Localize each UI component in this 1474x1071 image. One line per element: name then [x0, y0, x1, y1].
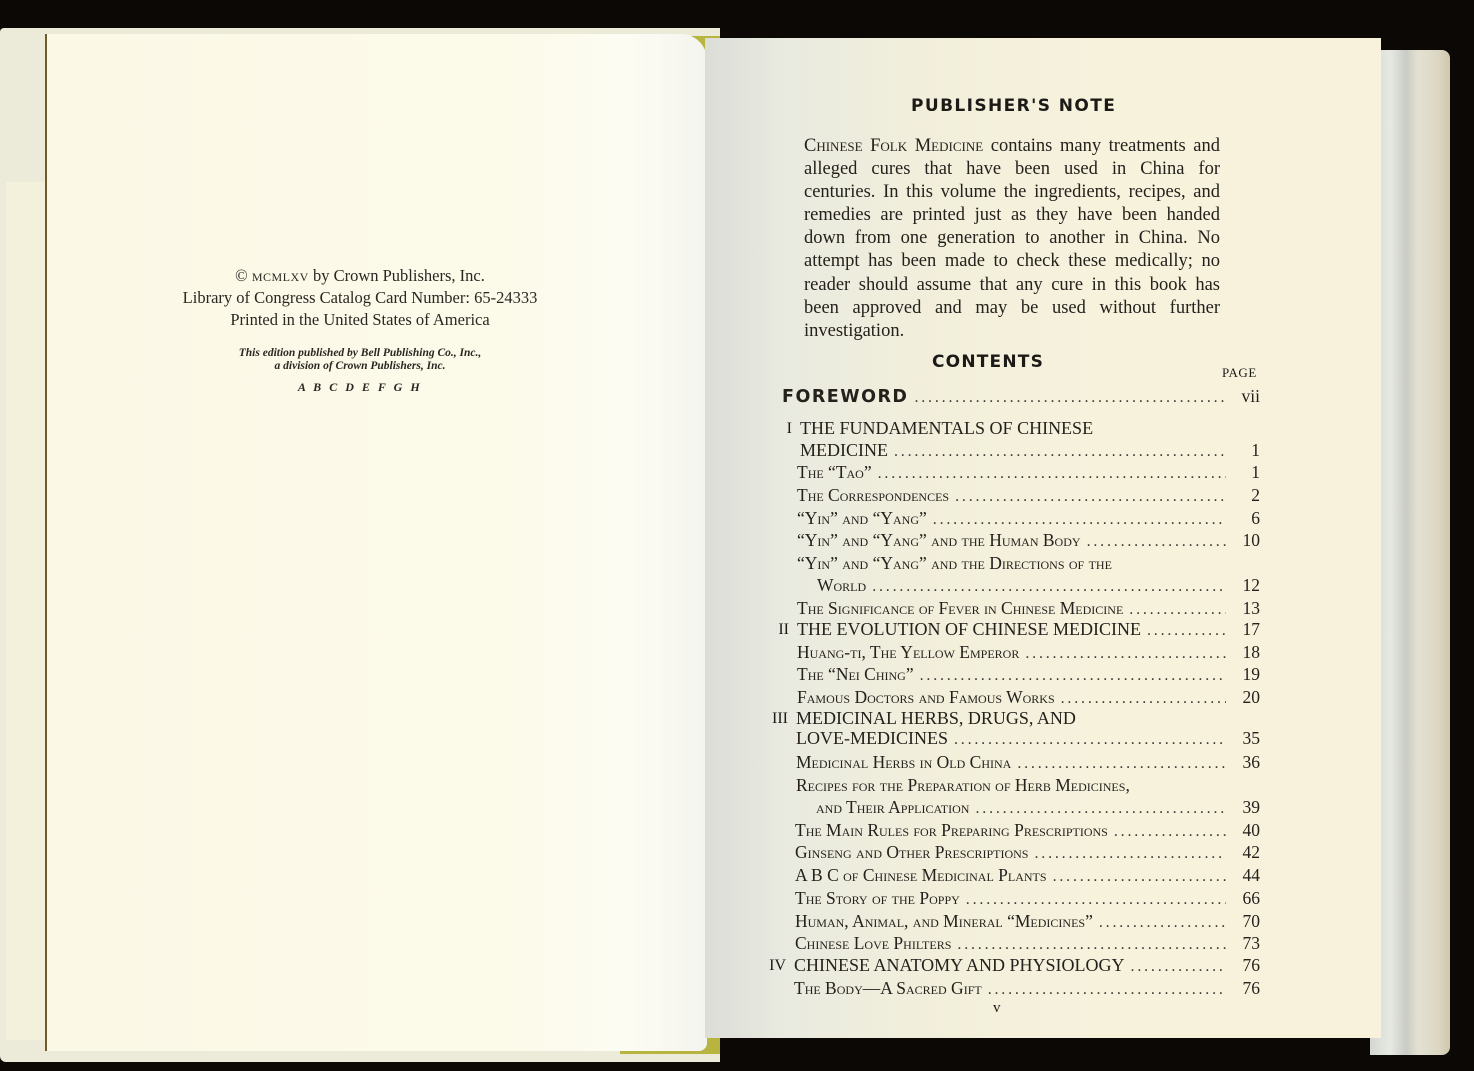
toc-title[interactable]: THE FUNDAMENTALS OF CHINESE — [800, 418, 1093, 439]
toc-title: MEDICINE — [800, 440, 888, 461]
leader-dots — [1147, 622, 1226, 640]
toc-page: 10 — [1232, 530, 1260, 551]
edition-note: This edition published by Bell Publishin… — [140, 347, 580, 372]
toc-title: THE EVOLUTION OF CHINESE MEDICINE — [797, 619, 1141, 640]
toc-page: 18 — [1232, 642, 1260, 663]
leader-dots — [955, 488, 1226, 506]
toc-page: 1 — [1232, 440, 1260, 461]
toc-page: 1 — [1232, 462, 1260, 483]
toc-page: 70 — [1232, 911, 1260, 932]
toc-page: 12 — [1232, 575, 1260, 596]
leader-dots — [914, 389, 1226, 407]
edition-line-1: This edition published by Bell Publishin… — [140, 347, 580, 360]
book-title: Chinese Folk Medicine — [804, 136, 983, 156]
leader-dots — [1025, 645, 1226, 663]
toc-title: The Significance of Fever in Chinese Med… — [797, 598, 1123, 619]
toc-entry[interactable]: The Story of the Poppy66 — [795, 888, 1260, 909]
toc-title: Chinese Love Philters — [795, 933, 951, 954]
toc-title: “Yin” and “Yang” and the Human Body — [797, 530, 1081, 551]
toc-entry[interactable]: “Yin” and “Yang” and the Human Body10 — [797, 530, 1260, 551]
printing-key: A B C D E F G H — [140, 380, 580, 395]
toc-title: Ginseng and Other Prescriptions — [795, 842, 1028, 863]
toc-title[interactable]: “Yin” and “Yang” and the Directions of t… — [797, 553, 1112, 574]
leader-dots — [894, 443, 1226, 461]
toc-page: 42 — [1232, 842, 1260, 863]
page-block-edge — [1370, 50, 1450, 1055]
toc-entry[interactable]: THE EVOLUTION OF CHINESE MEDICINE17 — [797, 619, 1260, 640]
toc-page: 39 — [1232, 797, 1260, 818]
toc-page: 76 — [1232, 978, 1260, 999]
chapter-number: II — [749, 621, 789, 639]
leader-dots — [1061, 690, 1226, 708]
toc-page: 35 — [1232, 728, 1260, 749]
chapter-number: IV — [746, 957, 786, 975]
leader-dots — [933, 511, 1226, 529]
toc-title: A B C of Chinese Medicinal Plants — [795, 865, 1047, 886]
toc-page: 2 — [1232, 485, 1260, 506]
toc-entry[interactable]: “Yin” and “Yang”6 — [797, 508, 1260, 529]
toc-page: 6 — [1232, 508, 1260, 529]
toc-entry[interactable]: Famous Doctors and Famous Works20 — [797, 687, 1260, 708]
page-folio: v — [993, 1000, 1001, 1017]
toc-title: LOVE-MEDICINES — [796, 728, 948, 749]
toc-title: CHINESE ANATOMY AND PHYSIOLOGY — [794, 955, 1125, 976]
leader-dots — [988, 981, 1226, 999]
catalog-number-line: Library of Congress Catalog Card Number:… — [140, 287, 580, 309]
leader-dots — [1087, 533, 1226, 551]
toc-title: World — [817, 575, 866, 596]
copyright-line: © mcmlxv by Crown Publishers, Inc. — [140, 265, 580, 287]
copyright-block: © mcmlxv by Crown Publishers, Inc. Libra… — [140, 265, 580, 331]
toc-title: Famous Doctors and Famous Works — [797, 687, 1055, 708]
printed-in-line: Printed in the United States of America — [140, 309, 580, 331]
toc-title: Human, Animal, and Mineral “Medicines” — [795, 911, 1093, 932]
toc-entry[interactable]: Ginseng and Other Prescriptions42 — [795, 842, 1260, 863]
leader-dots — [957, 936, 1226, 954]
toc-title: Huang-ti, The Yellow Emperor — [797, 642, 1019, 663]
toc-entry[interactable]: Medicinal Herbs in Old China36 — [796, 752, 1260, 773]
copyright-holder: by Crown Publishers, Inc. — [313, 266, 485, 285]
toc-title: The Correspondences — [797, 485, 949, 506]
toc-entry[interactable]: The Correspondences2 — [797, 485, 1260, 506]
leader-dots — [1017, 755, 1226, 773]
toc-title: “Yin” and “Yang” — [797, 508, 927, 529]
leader-dots — [1034, 845, 1226, 863]
toc-title: The “Nei Ching” — [797, 664, 914, 685]
note-text: contains many treatments and alleged cur… — [804, 136, 1220, 341]
leader-dots — [920, 667, 1226, 685]
leader-dots — [872, 578, 1226, 596]
toc-entry[interactable]: Human, Animal, and Mineral “Medicines”70 — [795, 911, 1260, 932]
toc-entry[interactable]: and Their Application39 — [816, 797, 1260, 818]
toc-title: The Main Rules for Preparing Prescriptio… — [795, 820, 1108, 841]
toc-entry[interactable]: Huang-ti, The Yellow Emperor18 — [797, 642, 1260, 663]
leader-dots — [1099, 914, 1226, 932]
leader-dots — [1053, 868, 1226, 886]
toc-page: 36 — [1232, 752, 1260, 773]
toc-page: 17 — [1232, 619, 1260, 640]
toc-title: FOREWORD — [782, 387, 908, 407]
toc-title[interactable]: MEDICINAL HERBS, DRUGS, AND — [796, 708, 1076, 729]
toc-entry[interactable]: Chinese Love Philters73 — [795, 933, 1260, 954]
toc-entry[interactable]: A B C of Chinese Medicinal Plants44 — [795, 865, 1260, 886]
toc-entry[interactable]: World12 — [817, 575, 1260, 596]
leader-dots — [1129, 601, 1226, 619]
toc-title: The Story of the Poppy — [795, 888, 960, 909]
publishers-note-body: Chinese Folk Medicine contains many trea… — [804, 135, 1220, 343]
leader-dots — [1131, 958, 1226, 976]
toc-page: 19 — [1232, 664, 1260, 685]
toc-entry[interactable]: The Significance of Fever in Chinese Med… — [797, 598, 1260, 619]
toc-page: 76 — [1232, 955, 1260, 976]
chapter-number: I — [752, 420, 792, 438]
publishers-note-title: PUBLISHER'S NOTE — [911, 96, 1116, 116]
dust-jacket-flap — [6, 182, 48, 1040]
toc-title: Medicinal Herbs in Old China — [796, 752, 1011, 773]
leader-dots — [966, 891, 1226, 909]
toc-entry[interactable]: CHINESE ANATOMY AND PHYSIOLOGY76 — [794, 955, 1260, 976]
toc-page: vii — [1232, 386, 1260, 407]
toc-title: The Body—A Sacred Gift — [794, 978, 982, 999]
leader-dots — [954, 731, 1226, 749]
chapter-number: III — [748, 710, 788, 728]
toc-title[interactable]: Recipes for the Preparation of Herb Medi… — [796, 775, 1130, 796]
toc-entry[interactable]: MEDICINE1 — [800, 440, 1260, 461]
toc-entry[interactable]: The Main Rules for Preparing Prescriptio… — [795, 820, 1260, 841]
toc-title: and Their Application — [816, 797, 969, 818]
toc-entry-foreword[interactable]: FOREWORD vii — [782, 386, 1260, 407]
page-column-label: PAGE — [1222, 365, 1257, 381]
toc-entry[interactable]: The “Nei Ching”19 — [797, 664, 1260, 685]
copyright-year: mcmlxv — [252, 266, 309, 285]
toc-entry[interactable]: The “Tao”1 — [797, 462, 1260, 483]
toc-page: 40 — [1232, 820, 1260, 841]
toc-page: 66 — [1232, 888, 1260, 909]
toc-entry[interactable]: LOVE-MEDICINES35 — [796, 728, 1260, 749]
copyright-symbol: © — [235, 266, 248, 285]
edition-line-2: a division of Crown Publishers, Inc. — [140, 360, 580, 373]
leader-dots — [1114, 823, 1226, 841]
toc-page: 73 — [1232, 933, 1260, 954]
leader-dots — [878, 465, 1226, 483]
toc-page: 13 — [1232, 598, 1260, 619]
toc-title: The “Tao” — [797, 462, 872, 483]
toc-page: 44 — [1232, 865, 1260, 886]
leader-dots — [975, 800, 1226, 818]
copyright-page — [45, 34, 707, 1051]
toc-page: 20 — [1232, 687, 1260, 708]
contents-title: CONTENTS — [932, 352, 1044, 372]
toc-entry[interactable]: The Body—A Sacred Gift76 — [794, 978, 1260, 999]
